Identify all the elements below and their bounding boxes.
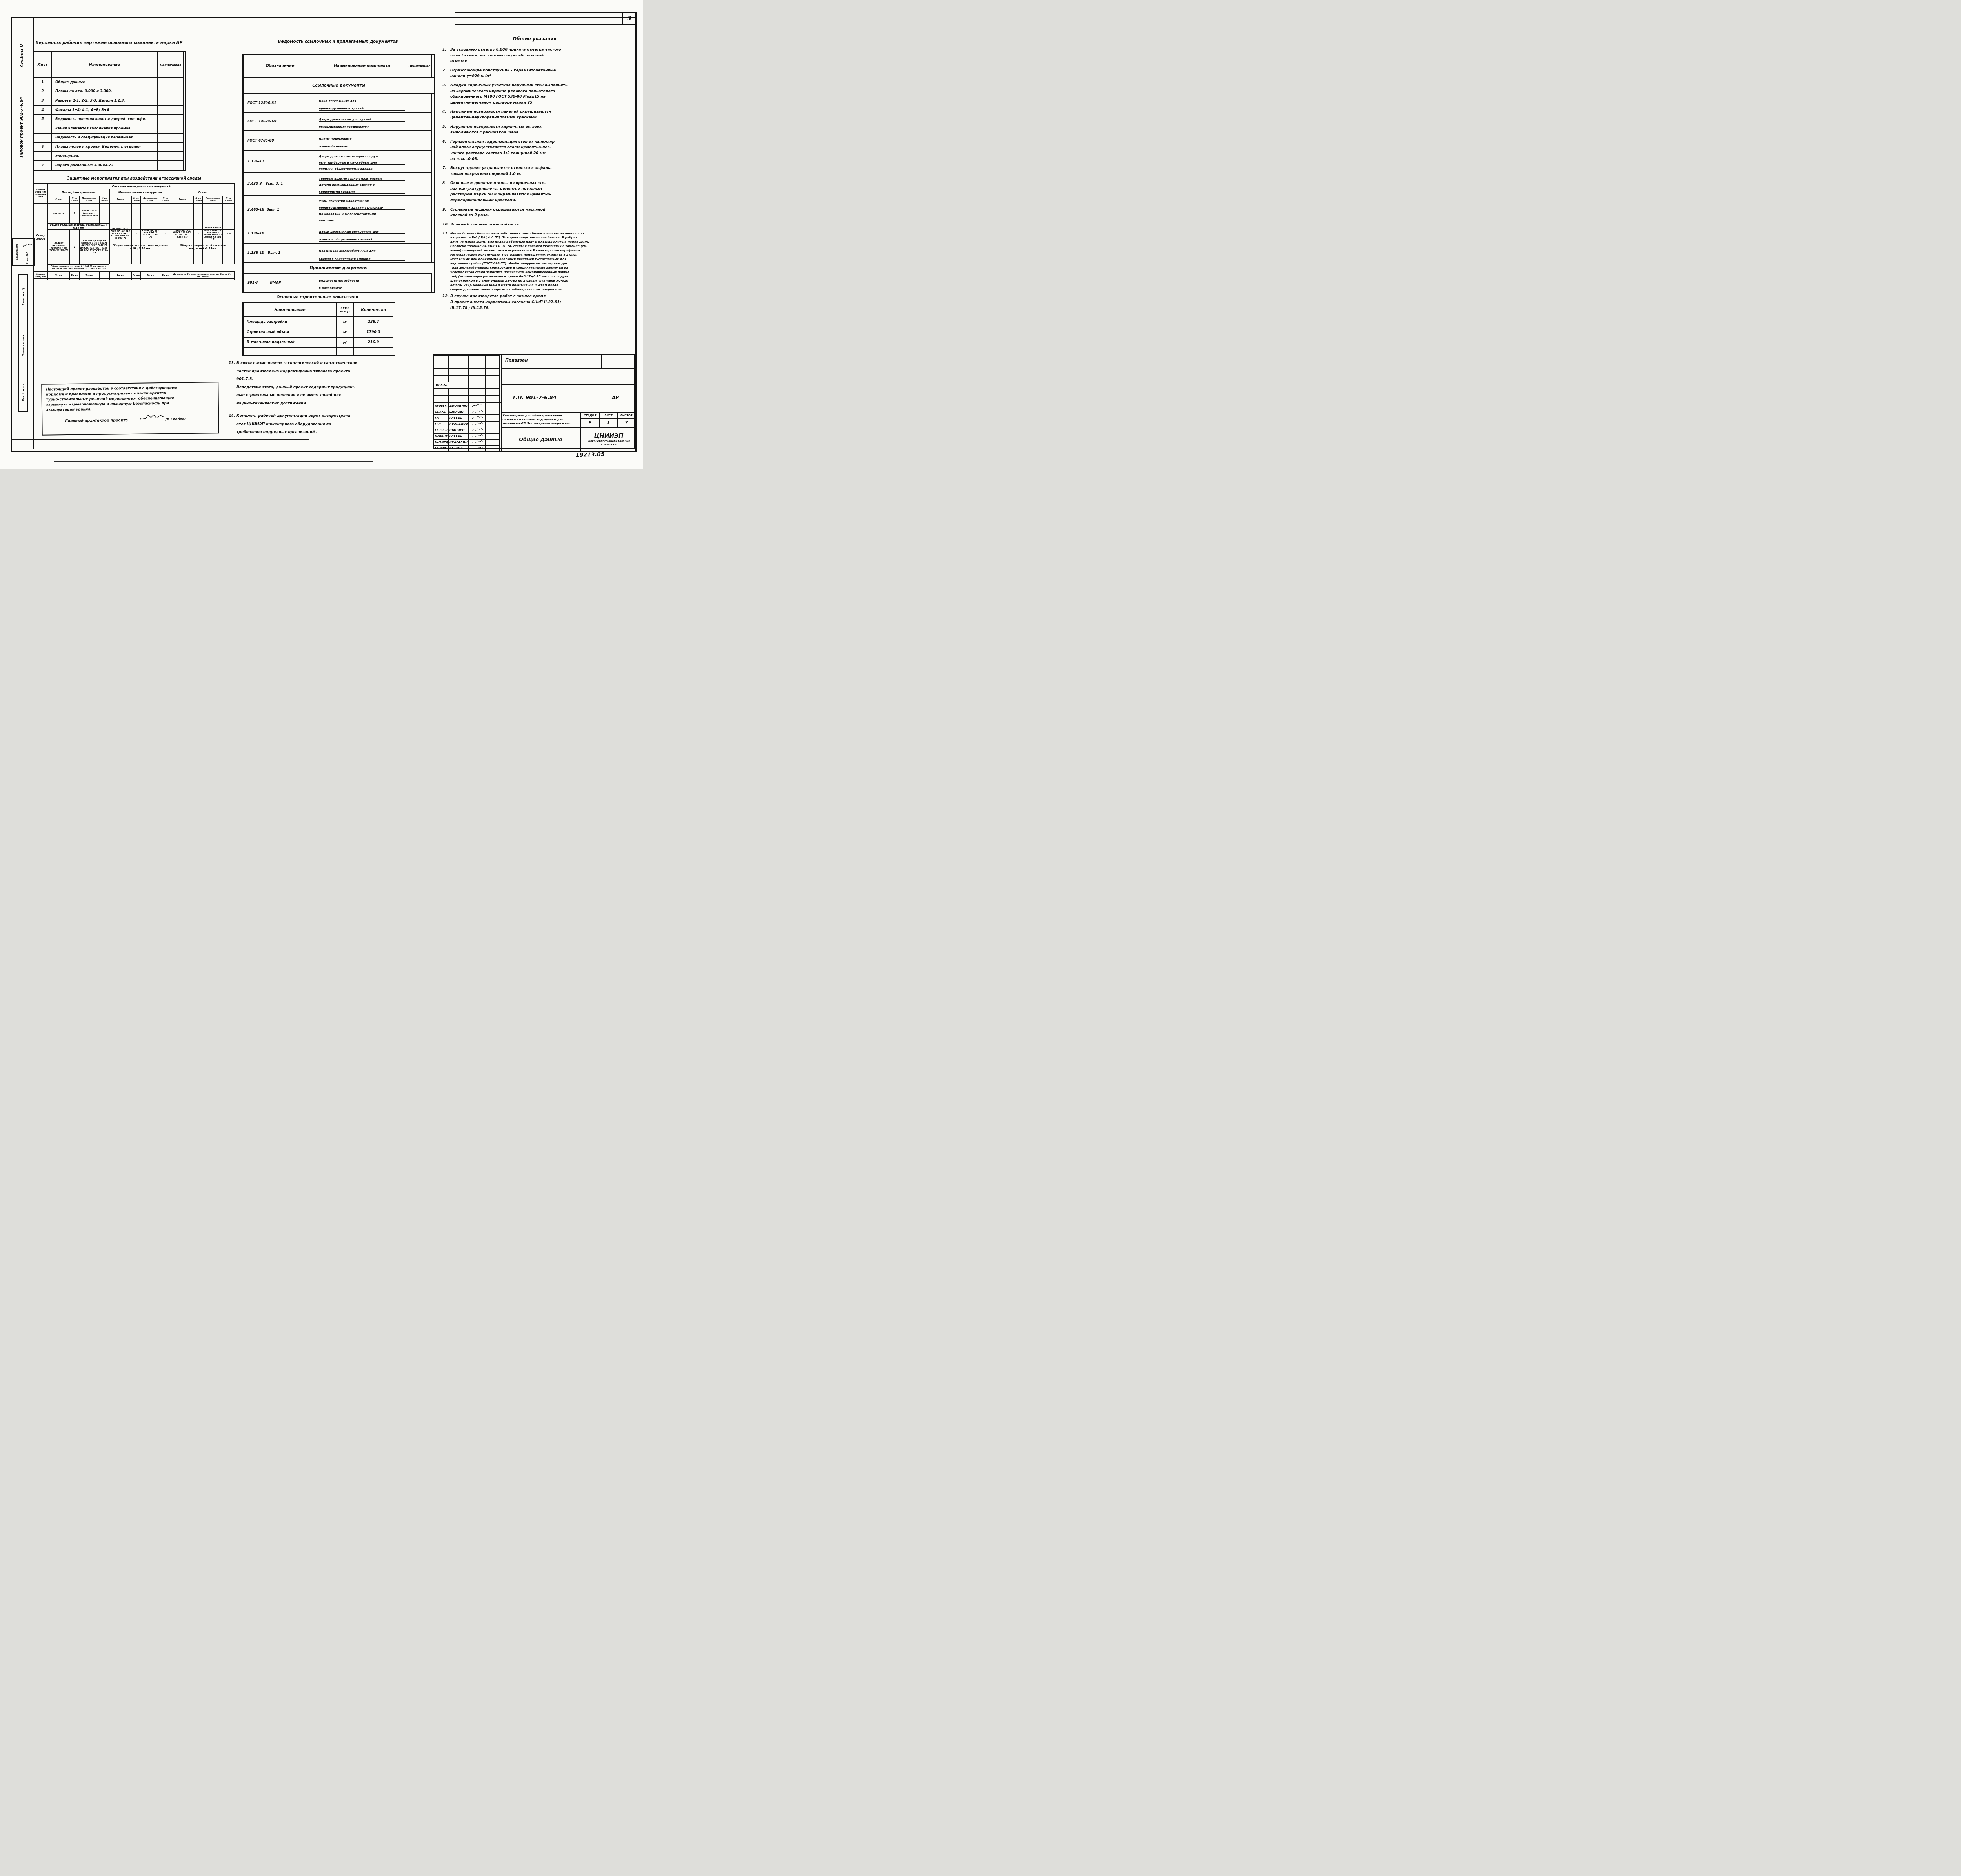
titleblock-grid-row xyxy=(434,355,501,362)
protective-group-walls: Стены xyxy=(171,189,235,196)
indicators-empty-row xyxy=(243,347,395,355)
worksheet-note xyxy=(158,96,184,105)
protective-subcol: К-во слоев xyxy=(223,196,235,203)
refdocs-band-label: Прилагаемые документы xyxy=(243,262,434,273)
refdocs-row: 2.430-3 Вып. 3, 1Типовые архитектурно-ст… xyxy=(243,173,434,195)
refdocs-col-header: Наименование комплекта xyxy=(317,55,407,77)
refdoc-name: Ведомость потребностив материалах xyxy=(317,273,407,292)
org-cell: ЦНИИЭП инженерного оборудования г.Москва xyxy=(581,428,637,451)
note-line: нах оштукатуриваются цементно-песчаным xyxy=(450,186,633,192)
note-line: ные строительные решения и не имеет нове… xyxy=(236,391,435,400)
cell xyxy=(469,355,486,362)
approval-date xyxy=(486,433,500,440)
titleblock-approvals: ПРОВЕР.ДВОЙНИНАСТ.АРХ.ШИЛОВАГАПГЛЕБОВГИП… xyxy=(434,402,502,451)
refdoc-code: ГОСТ 12506-81 xyxy=(243,94,317,112)
titleblock-grid-row xyxy=(434,369,501,375)
agreed-dept: Отдел К.Т xyxy=(21,251,34,265)
note-number: 3. xyxy=(442,83,450,105)
refdoc-code: ГОСТ 6785-80 xyxy=(243,131,317,151)
refdoc-note xyxy=(407,243,432,262)
worksheet-name: помещений. xyxy=(51,152,158,161)
note-line: панели γ=900 кг/м³ xyxy=(450,73,633,79)
protective-cell: То же xyxy=(48,271,70,280)
refdoc-name-line: Перемычки железобетонные для xyxy=(319,245,405,253)
cell xyxy=(469,389,486,395)
page-number-box: 3 xyxy=(622,12,637,25)
worksheets-col-header: Наименование xyxy=(51,52,158,78)
signature-icon xyxy=(471,446,483,451)
general-note-item: 11.Марка бетона сборных железобетонных п… xyxy=(442,231,633,291)
indicator-qty: 1790.0 xyxy=(354,327,393,337)
refdocs-title: Ведомость ссылочных и прилагаемых докуме… xyxy=(242,38,433,45)
worksheets-table: ЛистНаименованиеПримечание1Общие данные2… xyxy=(33,51,186,171)
note-number: 8 xyxy=(442,180,450,203)
refdoc-name: Двери деревянные для зданийпромышленных … xyxy=(317,112,407,131)
approval-signature xyxy=(469,433,486,440)
protective-total-plates-1: Общая толщина системы покрытия 0.1 ÷ 0.1… xyxy=(48,224,109,229)
worksheets-row: 5Ведомость проемов ворот и дверей, специ… xyxy=(34,115,185,124)
indicator-unit: м³ xyxy=(337,327,354,337)
refdocs-row: ГОСТ 14624-69Двери деревянные для зданий… xyxy=(243,112,434,131)
refdoc-name-line: ми кровлями и железобетонными xyxy=(319,210,405,216)
cell xyxy=(337,347,354,355)
note-number: 13. xyxy=(229,359,236,407)
refdoc-code: 901-7 ВМАР xyxy=(243,273,317,292)
note-line: Ограждающие конструкции - керамзитобетон… xyxy=(450,68,633,74)
refdoc-name-line: Узлы покрытий одноэтажных xyxy=(319,197,405,203)
worksheet-name: Фасады 1÷4; 4-1; А÷В; В÷А xyxy=(51,105,158,115)
bottom-notes: 13.В связи с изменением технологической … xyxy=(229,359,435,441)
filing-strip: Взам. инв. № Подпись и дата Инв. № подл. xyxy=(18,274,28,412)
protective-walls-finish: До высоты 2м-глазурованная плитка; более… xyxy=(171,271,235,280)
note-line: В проект внести коррективы согласно СНиП… xyxy=(450,300,633,305)
approval-row: ПРОВЕР.ДВОЙНИНА xyxy=(434,403,501,409)
signature-icon xyxy=(471,428,483,432)
protective-total-metal: Общая толщина систе- мы покрытия 0.08÷0.… xyxy=(109,229,171,264)
refdoc-name: Двери деревянные входные наруж-ные, тамб… xyxy=(317,151,407,173)
drawing-sheet: 3 Альбом V Типовой проект 901-7-6.84 Сог… xyxy=(0,0,643,469)
note-line: Согласно таблице 84 СНиП-II-31-74, стены… xyxy=(450,244,633,248)
cell xyxy=(434,389,448,395)
note-number: 11. xyxy=(442,231,450,291)
indicators-header: НаименованиеЕдин. измер.Количество xyxy=(243,303,395,317)
cell xyxy=(448,369,469,375)
approval-row: Н.КОНТРГЛЕБОВ xyxy=(434,433,501,440)
note-number: 2. xyxy=(442,68,450,79)
refdocs-row: 1.136-10Двери деревянные внутренние дляж… xyxy=(243,224,434,243)
titleblock-grid-row xyxy=(434,389,501,395)
general-note-item: 6.Горизонтальная гидроизоляция стен от к… xyxy=(442,139,633,162)
approval-row: ГИПКУЗНЕЦОВ xyxy=(434,421,501,427)
refdoc-note xyxy=(407,131,432,151)
note-line: Столярные изделия окрашиваются масляной xyxy=(450,207,633,213)
protective-cell: То же xyxy=(131,271,141,280)
note-line: Марка бетона сборных железобетонных плит… xyxy=(450,231,633,235)
titleblock-empty-row xyxy=(501,369,637,385)
titleblock-binding-row: Привязан xyxy=(501,355,637,369)
protective-subcol: Покрывные слои xyxy=(203,196,223,203)
stamp-role: Главный архитектор проекта xyxy=(65,418,128,424)
note-line: Наружные поверхности кирпичных вставок xyxy=(450,124,633,130)
bottom-note-item: 13.В связи с изменением технологической … xyxy=(229,359,435,407)
note-line: 901-7-3. xyxy=(236,375,435,384)
note-line: раствором марки 50 и окрашиваются цемент… xyxy=(450,192,633,198)
signature-icon xyxy=(471,404,483,408)
general-note-item: 9.Столярные изделия окрашиваются масляно… xyxy=(442,207,633,218)
refdoc-name-line: производственных зданий. xyxy=(319,103,405,111)
general-notes-title: Общие указания xyxy=(442,35,627,42)
protective-subcol: Покрывные слои xyxy=(79,196,99,203)
titleblock-doc-row: Т.П. 901-7-6.84 АР xyxy=(501,385,637,413)
worksheet-note xyxy=(158,78,184,87)
project-description-line: питьевых и сточных вод производи- xyxy=(502,418,579,422)
worksheet-name: Общие данные xyxy=(51,78,158,87)
refdoc-note xyxy=(407,273,432,292)
protective-subcol: К-во слоев xyxy=(70,196,79,203)
general-note-item: 3.Кладки кирпичных участков наружных сте… xyxy=(442,83,633,105)
cell xyxy=(486,395,500,402)
note-line: чаного раствора состава 1:2 толщиной 20 … xyxy=(450,151,633,156)
approval-row: ГЛ.СПЕЦШАПИРО xyxy=(434,427,501,433)
approval-signature xyxy=(469,409,486,415)
protective-group-plates: Плиты,балки,колонны xyxy=(48,189,109,196)
cell xyxy=(434,362,448,369)
worksheet-note xyxy=(158,105,184,115)
worksheet-sheet-no: 3 xyxy=(34,96,51,105)
indicators-row: В том числе подземныйм³216.0 xyxy=(243,337,395,347)
titleblock-desc-cell: Хлораторная для обеззараживанияпитьевых … xyxy=(501,413,581,428)
refdocs-row: 2.460-18 Вып. 1Узлы покрытий одноэтажных… xyxy=(243,195,434,224)
approval-signature xyxy=(469,421,486,427)
protective-subcol: К-во слоев xyxy=(194,196,203,203)
worksheet-sheet-no: 1 xyxy=(34,78,51,87)
refdoc-name-line: Двери деревянные входные наруж- xyxy=(319,152,405,158)
approval-role: ГЛ.ИНЖ.ИН xyxy=(434,445,448,452)
worksheet-note xyxy=(158,161,184,170)
approval-name: ДВОЙНИНА xyxy=(448,403,469,409)
album-label: Альбом V xyxy=(16,36,27,75)
note-line: Наружные поверхности панелей окрашиваютс… xyxy=(450,109,633,115)
protective-cell: То же xyxy=(160,271,171,280)
titleblock-grid-row xyxy=(434,362,501,369)
note-number: 10. xyxy=(442,222,450,228)
approval-signature xyxy=(469,403,486,409)
signature-icon xyxy=(22,243,33,248)
note-line: Здание II степени огнестойкости. xyxy=(450,222,633,228)
note-line: или ХС-068). Сварные швы и места примыка… xyxy=(450,283,633,287)
bottom-note-item: 14.Комплект рабочей документации ворот р… xyxy=(229,412,435,436)
approval-name: КЕТАОВ xyxy=(448,445,469,452)
note-number: 14. xyxy=(229,412,236,436)
note-line: обыкновенного М100 ГОСТ 530-80 Мрз≥15 на xyxy=(450,94,633,100)
general-note-item: 4.Наружные поверхности панелей окрашиваю… xyxy=(442,109,633,120)
titleblock-grid-row xyxy=(434,395,501,402)
worksheets-title: Ведомость рабочих чертежей основного ком… xyxy=(33,39,185,46)
protective-title: Защитные мероприятия при воздействии агр… xyxy=(33,175,235,182)
worksheet-name: Планы на отм. 0.000 и 3.300. xyxy=(51,87,158,96)
refdocs-row: 1.136-11Двери деревянные входные наруж-н… xyxy=(243,151,434,173)
note-line: ницаемости В-6 ( В/Ц ≤ 0.55). Толщина за… xyxy=(450,235,633,240)
note-line: пола I этажа, что соответствует абсолютн… xyxy=(450,53,633,59)
worksheet-note xyxy=(158,124,184,133)
note-line: цементно-песчаном растворе марки 25. xyxy=(450,100,633,106)
worksheet-note xyxy=(158,142,184,152)
doc-mark: АР xyxy=(612,395,619,400)
refdoc-name-line: в материалах xyxy=(319,282,405,290)
worksheet-sheet-no xyxy=(34,124,51,133)
refdoc-name-line: плитами. xyxy=(319,216,405,222)
signature-icon xyxy=(471,416,483,420)
strip-podpis: Подпись и дата xyxy=(19,318,27,373)
worksheets-row: 4Фасады 1÷4; 4-1; А÷В; В÷А xyxy=(34,105,185,115)
protective-subcol: Покрывные слои xyxy=(141,196,160,203)
cell xyxy=(469,382,486,389)
note-line: III-17-78 ; III-15-76. xyxy=(450,305,633,311)
signature-icon xyxy=(471,440,483,444)
note-line: Металлические конструкции в остальных по… xyxy=(450,253,633,257)
refdoc-name-line: детали промышленных зданий с xyxy=(319,181,405,187)
protective-room-1: Склад хлора xyxy=(34,203,48,271)
cell xyxy=(354,347,393,355)
refdoc-name-line: Двери деревянные для зданий xyxy=(319,114,405,122)
protective-subcol: К-во слоев xyxy=(99,196,109,203)
note-line: Вокруг здания устраивается отмостка с ас… xyxy=(450,165,633,171)
strip-inv: Инв. № подл. xyxy=(19,373,27,411)
refdoc-name-line: жилых и общественных зданий. xyxy=(319,165,405,171)
note-line: Оконные и дверные откосы в кирпичных сте… xyxy=(450,180,633,186)
general-note-item: 8Оконные и дверные откосы в кирпичных ст… xyxy=(442,180,633,203)
scan-line-a xyxy=(11,439,309,440)
stage-value: Р xyxy=(581,418,599,427)
worksheet-note xyxy=(158,152,184,161)
approval-signature xyxy=(469,427,486,433)
doc-number: Т.П. 901-7-6.84 xyxy=(512,395,557,401)
signature-icon xyxy=(471,434,483,438)
protective-cell: 1 xyxy=(70,203,79,224)
cell xyxy=(448,355,469,362)
agreed-box: Согласовано Отдел К.Т xyxy=(12,238,35,266)
page-number: 3 xyxy=(627,15,631,22)
refdoc-name: Типовые архитектурно-строительныедетали … xyxy=(317,173,407,195)
project-label: Типовой проект 901-7-6.84 xyxy=(16,92,27,163)
org-line2: инженерного оборудования xyxy=(588,440,630,443)
compliance-stamp: Настоящий проект разработан в соответств… xyxy=(41,382,219,436)
refdoc-name-line: железобетонные xyxy=(319,140,405,149)
indicators-title: Основные строительные показатели. xyxy=(242,294,394,300)
note-number: 4. xyxy=(442,109,450,120)
worksheet-note xyxy=(158,87,184,96)
project-description-line: Хлораторная для обеззараживания xyxy=(502,414,579,418)
note-line: требованию подрядных организаций . xyxy=(236,428,435,436)
approval-name: ГЛЕБОВ xyxy=(448,433,469,440)
refdocs-band: Прилагаемые документы xyxy=(243,262,434,273)
titleblock-stage-grid: СТАДИЯЛИСТЛИСТОВР17 xyxy=(581,413,637,428)
note-line: внутренних работ (ГОСТ 696-77). Необетон… xyxy=(450,261,633,265)
protective-table: Наиме-нова-ние помеще-ний Система лакокр… xyxy=(33,183,235,279)
indicators-row: Площадь застройким²228.2 xyxy=(243,317,395,327)
refdoc-note xyxy=(407,151,432,173)
approval-role: Н.КОНТР xyxy=(434,433,448,440)
protective-cell: То же xyxy=(141,271,160,280)
note-line: Кладки кирпичных участков наружных стен … xyxy=(450,83,633,89)
approval-role: СТ.АРХ. xyxy=(434,409,448,415)
protective-cell: То же xyxy=(79,271,99,280)
worksheets-col-header: Примечание xyxy=(158,52,184,78)
cell xyxy=(486,382,500,389)
refdoc-name-line: Типовые архитектурно-строительные xyxy=(319,174,405,181)
worksheet-name: кация элементов заполнения проемов. xyxy=(51,124,158,133)
approval-signature xyxy=(469,439,486,445)
stage-col-header: СТАДИЯ xyxy=(581,413,599,418)
protective-cell: То же xyxy=(109,271,131,280)
refdoc-name-line: Окна деревянные для xyxy=(319,95,405,103)
revision-strip xyxy=(455,12,622,25)
sheet-title-cell: Общие данные xyxy=(501,428,581,451)
cell xyxy=(486,375,500,382)
approval-signature xyxy=(469,415,486,421)
title-block: Инв.№ ПРОВЕР.ДВОЙНИНАСТ.АРХ.ШИЛОВАГАПГЛЕ… xyxy=(433,354,635,449)
note-line: частей произведена корректировка типовог… xyxy=(236,367,435,376)
note-line: В связи с изменением технологической и с… xyxy=(236,359,435,367)
note-line: ется ЦНИИЭП инженерного оборудования по xyxy=(236,420,435,429)
note-line: Комплект рабочей документации ворот расп… xyxy=(236,412,435,420)
refdoc-note xyxy=(407,224,432,243)
refdoc-name-line: производственных зданий с рулонны- xyxy=(319,203,405,209)
approval-role: ГЛ.СПЕЦ xyxy=(434,427,448,433)
protective-cell xyxy=(99,271,109,280)
worksheets-row: 3Разрезы 1-1; 2-2; 3-3. Детали 1,2,3. xyxy=(34,96,185,105)
note-line: За условную отметку 0.000 принята отметк… xyxy=(450,47,633,53)
stage-value: 1 xyxy=(599,418,617,427)
worksheets-header: ЛистНаименованиеПримечание xyxy=(34,52,185,78)
note-line: щей окраской в 2 слоя эмалью ХВ-785 по 2… xyxy=(450,278,633,283)
refdoc-name-line: жилых и общественных зданий xyxy=(319,234,405,242)
protective-subcol: Грунт xyxy=(109,196,131,203)
worksheet-note xyxy=(158,133,184,143)
refdoc-name-line: кирпичными стенами xyxy=(319,187,405,194)
approval-date xyxy=(486,439,500,445)
protective-room-2: Хлордо-заторная xyxy=(34,271,48,280)
worksheets-row: помещений. xyxy=(34,152,185,161)
agreed-label: Согласовано xyxy=(13,239,21,265)
refdoc-code: 2.460-18 Вып. 1 xyxy=(243,195,317,224)
refdoc-code: 1.136-11 xyxy=(243,151,317,173)
refdoc-name-line: зданий с кирпичными стенами xyxy=(319,253,405,261)
approval-name: ШИЛОВА xyxy=(448,409,469,415)
indicator-unit: м³ xyxy=(337,337,354,347)
refdoc-code: ГОСТ 14624-69 xyxy=(243,112,317,131)
stage-value: 7 xyxy=(617,418,635,427)
note-line: тали железобетонных конструкций и соедин… xyxy=(450,265,633,270)
titleblock-grid-row: Инв.№ xyxy=(434,382,501,389)
refdocs-col-header: Обозначение xyxy=(243,55,317,77)
note-number: 9. xyxy=(442,207,450,218)
approval-row: НАЧ.ОТДКРАСАВИН xyxy=(434,439,501,445)
refdocs-row: ГОСТ 12506-81Окна деревянные дляпроизвод… xyxy=(243,94,434,112)
protective-subcol: Грунт xyxy=(48,196,70,203)
stamp-sign-name: /У.Глебов/ xyxy=(166,417,186,422)
refdocs-row: 901-7 ВМАРВедомость потребностив материа… xyxy=(243,273,434,292)
note-line: тий, (метализация распылением цинка δ=0.… xyxy=(450,274,633,278)
approval-role: НАЧ.ОТД xyxy=(434,439,448,445)
worksheet-name: Планы полов и кровли. Ведомость отделки xyxy=(51,142,158,152)
scan-line-b xyxy=(54,461,373,462)
refdoc-name-line: Ведомость потребности xyxy=(319,275,405,282)
worksheets-row: Ведомость и спецификация перемычек. xyxy=(34,133,185,143)
org-city: г.Москва xyxy=(601,443,616,446)
agreed-signature xyxy=(21,239,34,251)
note-line: плит-не менее 20мм, для полок ребристых … xyxy=(450,240,633,244)
indicator-unit: м² xyxy=(337,317,354,327)
indicators-col-header: Един. измер. xyxy=(337,303,354,317)
cell xyxy=(448,395,469,402)
approval-date xyxy=(486,403,500,409)
cell xyxy=(469,395,486,402)
general-note-item: 2.Ограждающие конструкции - керамзитобет… xyxy=(442,68,633,79)
cell xyxy=(469,362,486,369)
general-note-item: 7.Вокруг здания устраивается отмостка с … xyxy=(442,165,633,177)
protective-room-header: Наиме-нова-ние помеще-ний xyxy=(34,184,48,203)
cell xyxy=(243,347,337,355)
worksheets-col-header: Лист xyxy=(34,52,51,78)
cell xyxy=(486,362,500,369)
refdoc-code: 1.136-10 xyxy=(243,224,317,243)
refdocs-col-header: Примечание xyxy=(407,55,432,77)
org-name: ЦНИИЭП xyxy=(594,433,623,440)
refdoc-name-line: ные, тамбурные и служебные для xyxy=(319,158,405,165)
indicators-row: Строительный объемм³1790.0 xyxy=(243,327,395,337)
approval-date xyxy=(486,415,500,421)
approval-role: ГАП xyxy=(434,415,448,421)
refdocs-header: ОбозначениеНаименование комплектаПримеча… xyxy=(243,55,434,77)
signature-icon xyxy=(471,410,483,414)
approval-date xyxy=(486,445,500,452)
note-line: научно-технических достижений. xyxy=(236,400,435,408)
protective-system-header: Система лакокрасочных покрытий xyxy=(48,184,235,189)
note-line: перхлорвиниловыми красками. xyxy=(450,198,633,204)
approval-signature xyxy=(469,445,486,452)
protective-cell: То же xyxy=(70,271,79,280)
refdoc-name-line: промышленных предприятий xyxy=(319,122,405,129)
approval-date xyxy=(486,427,500,433)
note-line: В случае производства работ в зимнее вре… xyxy=(450,294,633,300)
refdocs-table: ОбозначениеНаименование комплектаПримеча… xyxy=(242,54,435,293)
note-line: выше) помещений можно также окрашивать в… xyxy=(450,248,633,253)
note-line: цементно-перхлорвиниловыми красками. xyxy=(450,115,633,121)
note-number: 5. xyxy=(442,124,450,136)
refdoc-name: Узлы покрытий одноэтажныхпроизводственны… xyxy=(317,195,407,224)
refdoc-code: 1.138-10 Вып. 1 xyxy=(243,243,317,262)
cell xyxy=(448,362,469,369)
worksheet-sheet-no xyxy=(34,133,51,143)
approval-date xyxy=(486,421,500,427)
worksheets-row: 2Планы на отм. 0.000 и 3.300. xyxy=(34,87,185,96)
protective-cell: 1 xyxy=(70,229,79,264)
stage-col-header: ЛИСТОВ xyxy=(617,413,635,418)
note-line: масляными или алкидными красками цветным… xyxy=(450,257,633,261)
approval-name: КРАСАВИН xyxy=(448,439,469,445)
cell xyxy=(486,369,500,375)
cell xyxy=(486,389,500,395)
refdoc-name: Двери деревянные внутренние дляжилых и о… xyxy=(317,224,407,243)
worksheet-name: Ведомость и спецификация перемычек. xyxy=(51,133,158,143)
cell xyxy=(486,355,500,362)
refdoc-note xyxy=(407,173,432,195)
titleblock-grid-row xyxy=(434,375,501,382)
indicators-table: НаименованиеЕдин. измер.КоличествоПлощад… xyxy=(242,302,395,356)
approval-role: ГИП xyxy=(434,421,448,427)
worksheet-name: Ворота распашные 3.00×4.73 xyxy=(51,161,158,170)
